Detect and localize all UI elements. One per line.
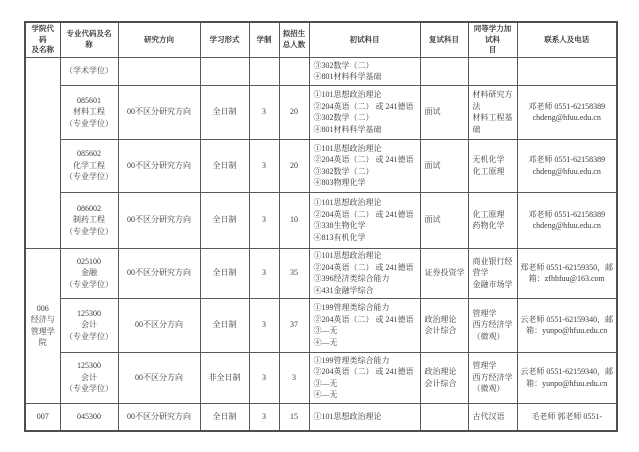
additional-exam-cell: 管理学 西方经济学（微观） xyxy=(468,352,517,403)
direction-cell: 00不区分研究方向 xyxy=(118,403,200,431)
duration-cell: 3 xyxy=(249,192,279,248)
major-cell: 085601 材料工程 （专业学位） xyxy=(60,85,118,139)
contact-cell: 邓老师 0551-62158389 chdeng@hfuu.edu.cn xyxy=(517,139,617,192)
major-cell: 045300 xyxy=(60,403,118,431)
major-cell: （学术学位） xyxy=(60,57,118,85)
duration-cell xyxy=(249,57,279,85)
table-row: 125300 会计 （专业学位） 00不区分方向 非全日制 3 3 ①199管理… xyxy=(25,352,617,403)
direction-cell: 00不区分研究方向 xyxy=(118,192,200,248)
quota-cell xyxy=(279,57,309,85)
document-page: 学院代码 及名称 专业代码及名 称 研究方向 学习形式 学制 拟招生 总人数 初… xyxy=(0,0,639,452)
study-form-cell: 非全日制 xyxy=(200,352,249,403)
direction-cell: 00不区分研究方向 xyxy=(118,85,200,139)
quota-cell: 3 xyxy=(279,352,309,403)
direction-cell: 00不区分研究方向 xyxy=(118,139,200,192)
major-cell: 125300 会计 （专业学位） xyxy=(60,352,118,403)
duration-cell: 3 xyxy=(249,139,279,192)
quota-cell: 10 xyxy=(279,192,309,248)
header-college-code: 学院代码 及名称 xyxy=(25,22,60,57)
study-form-cell: 全日制 xyxy=(200,298,249,352)
major-cell: 086002 制药工程 （专业学位） xyxy=(60,192,118,248)
initial-exam-cell: ③302数学（二） ④801材料科学基础 xyxy=(309,57,420,85)
header-initial-exam: 初试科目 xyxy=(309,22,420,57)
quota-cell: 20 xyxy=(279,85,309,139)
duration-cell: 3 xyxy=(249,352,279,403)
study-form-cell: 全日制 xyxy=(200,192,249,248)
retest-cell: 面试 xyxy=(420,85,468,139)
direction-cell: 00不区分研究方向 xyxy=(118,248,200,298)
header-additional-exam: 同等学力加试科 目 xyxy=(468,22,517,57)
contact-cell: 云老师 0551-62159340，邮箱：yunpo@hfuu.edu.cn xyxy=(517,298,617,352)
duration-cell: 3 xyxy=(249,298,279,352)
retest-cell: 证券投资学 xyxy=(420,248,468,298)
retest-cell xyxy=(420,57,468,85)
initial-exam-cell: ①101思想政治理论 ②204英语（二） 或 241德语 ③302数学（二） ④… xyxy=(309,139,420,192)
initial-exam-cell: ①199管理类综合能力 ②204英语（二） 或 241德语 ③—无 ④—无 xyxy=(309,298,420,352)
quota-cell: 37 xyxy=(279,298,309,352)
study-form-cell: 全日制 xyxy=(200,403,249,431)
retest-cell xyxy=(420,403,468,431)
quota-cell: 20 xyxy=(279,139,309,192)
retest-cell: 面试 xyxy=(420,192,468,248)
initial-exam-cell: ①101思想政治理论 xyxy=(309,403,420,431)
header-contact: 联系人及电话 xyxy=(517,22,617,57)
major-cell: 125300 会计 （专业学位） xyxy=(60,298,118,352)
table-header-row: 学院代码 及名称 专业代码及名 称 研究方向 学习形式 学制 拟招生 总人数 初… xyxy=(25,22,617,57)
study-form-cell: 全日制 xyxy=(200,248,249,298)
table-row: 085601 材料工程 （专业学位） 00不区分研究方向 全日制 3 20 ①1… xyxy=(25,85,617,139)
additional-exam-cell: 商业银行经营学 金融市场学 xyxy=(468,248,517,298)
contact-cell: 邓老师 0551-62158389 chdeng@hfuu.edu.cn xyxy=(517,192,617,248)
college-cell xyxy=(25,57,60,248)
additional-exam-cell: 无机化学 化工原理 xyxy=(468,139,517,192)
quota-cell: 15 xyxy=(279,403,309,431)
direction-cell: 00不区分方向 xyxy=(118,352,200,403)
retest-cell: 政治理论 会计综合 xyxy=(420,352,468,403)
additional-exam-cell xyxy=(468,57,517,85)
table-row: （学术学位） ③302数学（二） ④801材料科学基础 xyxy=(25,57,617,85)
major-cell: 025100 金融 （专业学位） xyxy=(60,248,118,298)
table-row: 006 经济与管理学院 025100 金融 （专业学位） 00不区分研究方向 全… xyxy=(25,248,617,298)
table-row: 086002 制药工程 （专业学位） 00不区分研究方向 全日制 3 10 ①1… xyxy=(25,192,617,248)
table-row: 125300 会计 （专业学位） 00不区分方向 全日制 3 37 ①199管理… xyxy=(25,298,617,352)
direction-cell xyxy=(118,57,200,85)
direction-cell: 00不区分方向 xyxy=(118,298,200,352)
additional-exam-cell: 古代汉语 xyxy=(468,403,517,431)
contact-cell: 毛老师 郭老师 0551- xyxy=(517,403,617,431)
header-planned-enrollment: 拟招生 总人数 xyxy=(279,22,309,57)
contact-cell: 邓老师 0551-62158389 chdeng@hfuu.edu.cn xyxy=(517,85,617,139)
college-cell: 006 经济与管理学院 xyxy=(25,248,60,403)
table-row: 085602 化学工程 （专业学位） 00不区分研究方向 全日制 3 20 ①1… xyxy=(25,139,617,192)
study-form-cell xyxy=(200,57,249,85)
initial-exam-cell: ①101思想政治理论 ②204英语（二） 或 241德语 ③396经济类综合能力… xyxy=(309,248,420,298)
quota-cell: 35 xyxy=(279,248,309,298)
study-form-cell: 全日制 xyxy=(200,85,249,139)
header-duration: 学制 xyxy=(249,22,279,57)
additional-exam-cell: 管理学 西方经济学（微观） xyxy=(468,298,517,352)
retest-cell: 政治理论 会计综合 xyxy=(420,298,468,352)
duration-cell: 3 xyxy=(249,248,279,298)
initial-exam-cell: ①199管理类综合能力 ②204英语（二） 或 241德语 ③—无 ④—无 xyxy=(309,352,420,403)
table-row: 007 045300 00不区分研究方向 全日制 3 15 ①101思想政治理论… xyxy=(25,403,617,431)
contact-cell: 郑老师 0551-62159350，邮箱：zfhhfuu@163.com xyxy=(517,248,617,298)
header-research-direction: 研究方向 xyxy=(118,22,200,57)
contact-cell xyxy=(517,57,617,85)
duration-cell: 3 xyxy=(249,85,279,139)
initial-exam-cell: ①101思想政治理论 ②204英语（二） 或 241德语 ③338生物化学 ④8… xyxy=(309,192,420,248)
initial-exam-cell: ①101思想政治理论 ②204英语（二） 或 241德语 ③302数学（二） ④… xyxy=(309,85,420,139)
major-cell: 085602 化学工程 （专业学位） xyxy=(60,139,118,192)
contact-cell: 云老师 0551-62159340，邮箱：yunpo@hfuu.edu.cn xyxy=(517,352,617,403)
header-study-form: 学习形式 xyxy=(200,22,249,57)
retest-cell: 面试 xyxy=(420,139,468,192)
additional-exam-cell: 材料研究方法 材料工程基础 xyxy=(468,85,517,139)
duration-cell: 3 xyxy=(249,403,279,431)
study-form-cell: 全日制 xyxy=(200,139,249,192)
additional-exam-cell: 化工原理 药物化学 xyxy=(468,192,517,248)
college-cell: 007 xyxy=(25,403,60,431)
admissions-table: 学院代码 及名称 专业代码及名 称 研究方向 学习形式 学制 拟招生 总人数 初… xyxy=(24,21,618,432)
header-major-code: 专业代码及名 称 xyxy=(60,22,118,57)
header-retest: 复试科目 xyxy=(420,22,468,57)
